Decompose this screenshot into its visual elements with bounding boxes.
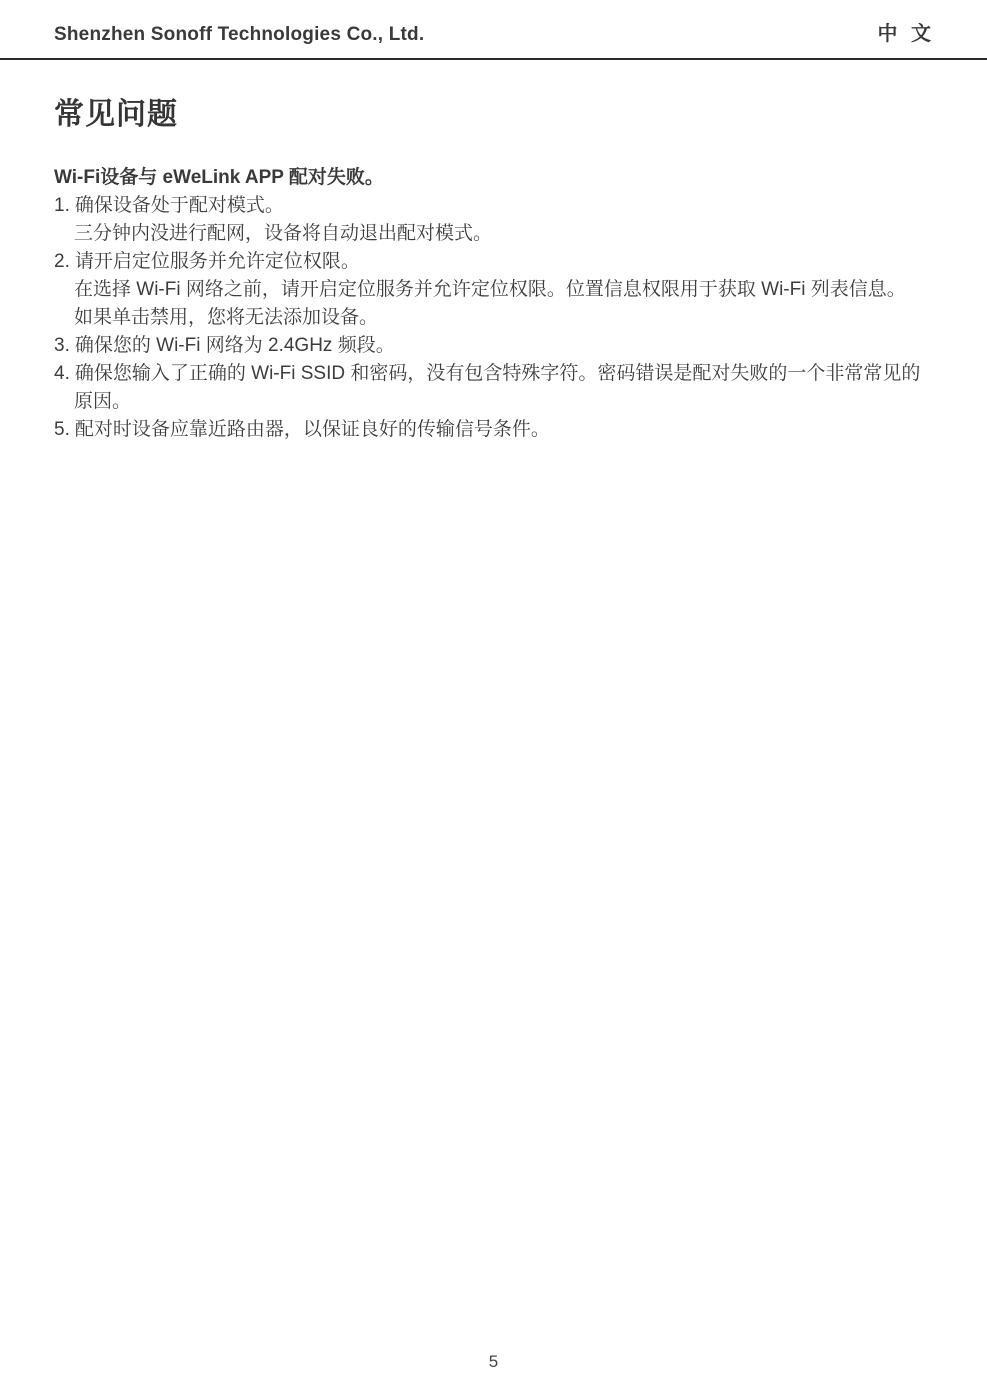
company-name: Shenzhen Sonoff Technologies Co., Ltd. (54, 24, 424, 46)
faq-item: 2.请开启定位服务并允许定位权限。 在选择 Wi-Fi 网络之前，请开启定位服务… (54, 248, 935, 332)
page-footer: 5 (0, 1352, 987, 1372)
faq-item-body: 确保您输入了正确的 Wi-Fi SSID 和密码，没有包含特殊字符。密码错误是配… (74, 363, 920, 412)
faq-item-text: 2.请开启定位服务并允许定位权限。 (54, 248, 935, 276)
page-header: Shenzhen Sonoff Technologies Co., Ltd. 中… (0, 0, 987, 60)
faq-item-subtext: 如果单击禁用，您将无法添加设备。 (54, 304, 935, 332)
faq-item-body: 请开启定位服务并允许定位权限。 (75, 251, 360, 272)
faq-item: 1.确保设备处于配对模式。 三分钟内没进行配网，设备将自动退出配对模式。 (54, 192, 935, 248)
faq-item-text: 4.确保您输入了正确的 Wi-Fi SSID 和密码，没有包含特殊字符。密码错误… (54, 360, 935, 416)
faq-item-number: 3. (54, 335, 70, 356)
faq-item-number: 5. (54, 419, 70, 440)
faq-body: Wi-Fi设备与 eWeLink APP 配对失败。 1.确保设备处于配对模式。… (54, 164, 935, 444)
faq-item-text: 1.确保设备处于配对模式。 (54, 192, 935, 220)
faq-subtitle: Wi-Fi设备与 eWeLink APP 配对失败。 (54, 164, 935, 192)
faq-item-text: 3.确保您的 Wi-Fi 网络为 2.4GHz 频段。 (54, 332, 935, 360)
faq-item-body: 确保设备处于配对模式。 (75, 195, 284, 216)
page-number: 5 (489, 1352, 498, 1371)
faq-item: 4.确保您输入了正确的 Wi-Fi SSID 和密码，没有包含特殊字符。密码错误… (54, 360, 935, 416)
faq-item-subtext: 三分钟内没进行配网，设备将自动退出配对模式。 (54, 220, 935, 248)
faq-item: 3.确保您的 Wi-Fi 网络为 2.4GHz 频段。 (54, 332, 935, 360)
faq-item-number: 1. (54, 195, 70, 216)
page-content: 常见问题 Wi-Fi设备与 eWeLink APP 配对失败。 1.确保设备处于… (54, 62, 935, 444)
faq-item-text: 5.配对时设备应靠近路由器，以保证良好的传输信号条件。 (54, 416, 935, 444)
faq-item-subtext: 在选择 Wi-Fi 网络之前，请开启定位服务并允许定位权限。位置信息权限用于获取… (54, 276, 935, 304)
faq-item-number: 4. (54, 363, 70, 384)
faq-item-number: 2. (54, 251, 70, 272)
faq-item-body: 确保您的 Wi-Fi 网络为 2.4GHz 频段。 (75, 335, 395, 356)
language-label: 中 文 (877, 17, 935, 46)
faq-item: 5.配对时设备应靠近路由器，以保证良好的传输信号条件。 (54, 416, 935, 444)
page-title: 常见问题 (54, 98, 935, 132)
faq-item-body: 配对时设备应靠近路由器，以保证良好的传输信号条件。 (75, 419, 550, 440)
manual-page: Shenzhen Sonoff Technologies Co., Ltd. 中… (0, 0, 987, 1400)
